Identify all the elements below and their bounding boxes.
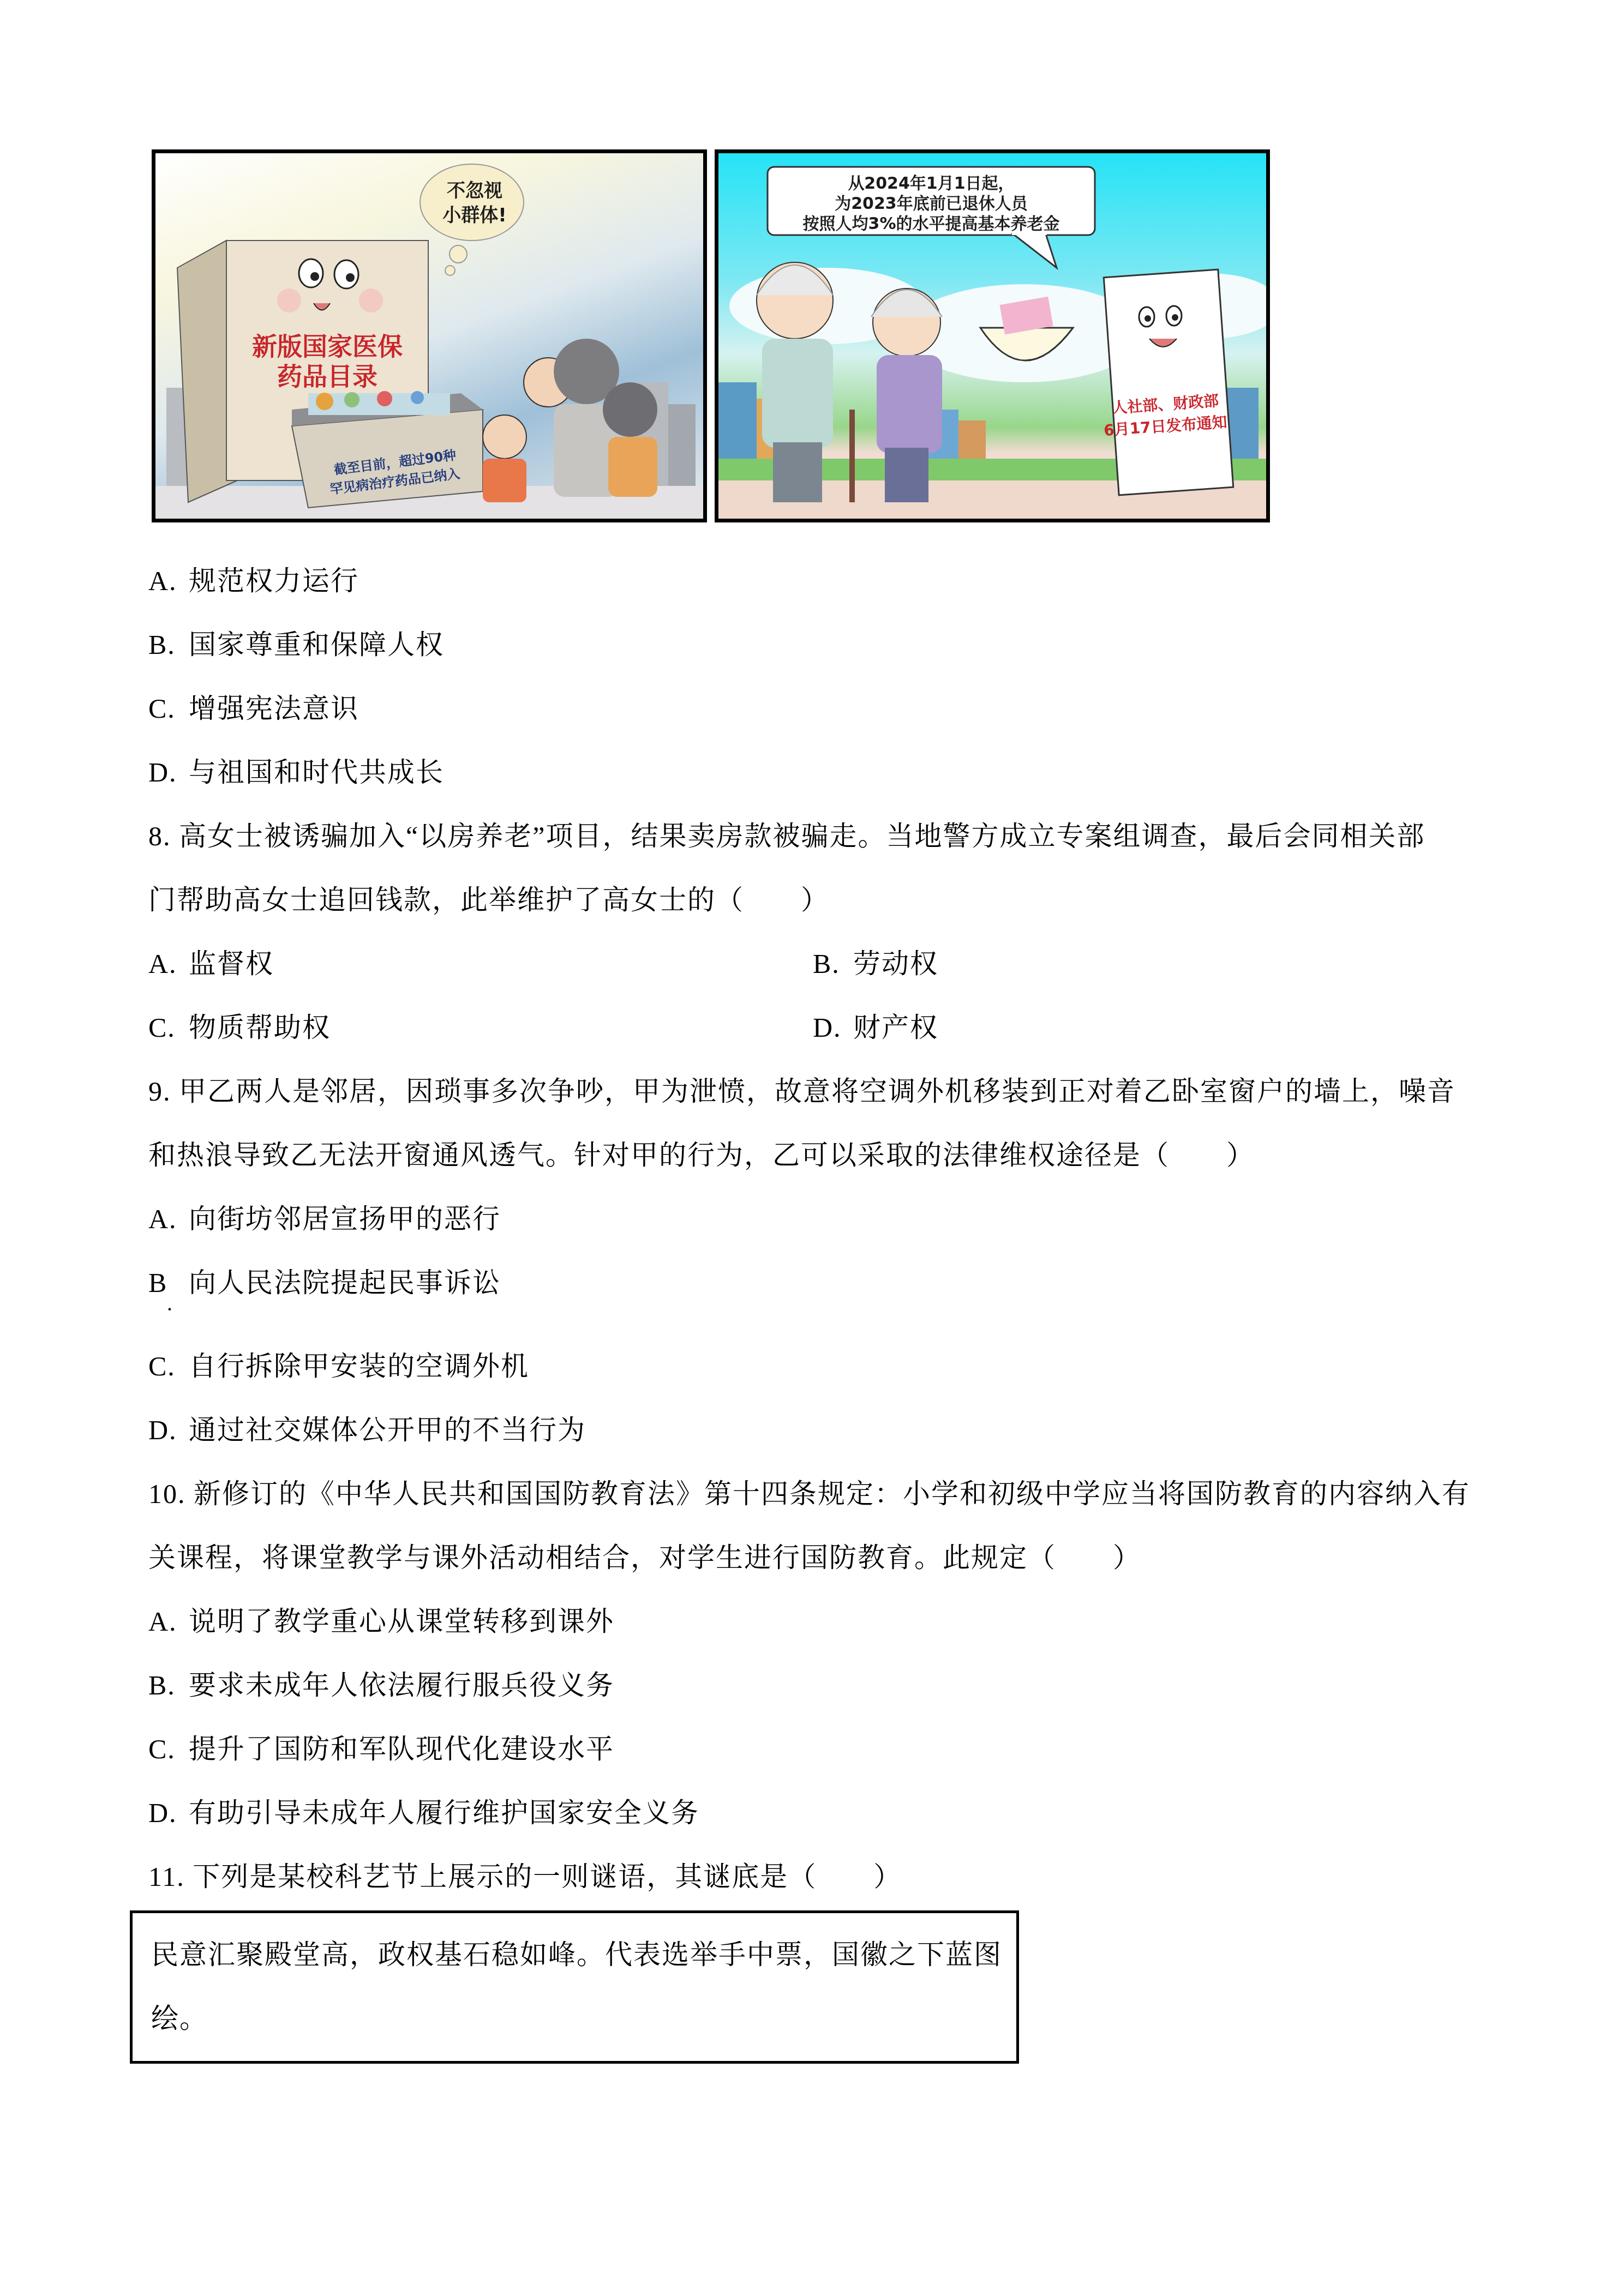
svg-text:按照人均3%的水平提高基本养老金: 按照人均3%的水平提高基本养老金	[803, 214, 1060, 233]
q9-stem-line1: 9. 甲乙两人是邻居，因琐事多次争吵，甲为泄愤，故意将空调外机移装到正对着乙卧室…	[148, 1075, 1455, 1108]
option-text: 财产权	[853, 1012, 938, 1043]
option-label: D.	[813, 1011, 853, 1044]
q10-stem-line1: 10. 新修订的《中华人民共和国国防教育法》第十四条规定：小学和初级中学应当将国…	[148, 1477, 1470, 1510]
option-label: D.	[148, 1414, 189, 1446]
q8-stem-line2: 门帮助高女士追回钱款，此举维护了高女士的（ ）	[148, 883, 829, 916]
option-text: 自行拆除甲安装的空调外机	[189, 1351, 529, 1381]
riddle-line1: 民意汇聚殿堂高，政权基石稳如峰。代表选举手中票，国徽之下蓝图	[151, 1938, 1002, 1971]
q9-option-c[interactable]: C.自行拆除甲安装的空调外机	[148, 1350, 529, 1383]
q8-option-c[interactable]: C.物质帮助权	[148, 1011, 331, 1044]
option-label: A.	[148, 1605, 189, 1638]
q8-option-a[interactable]: A.监督权	[148, 947, 274, 980]
option-text: 通过社交媒体公开甲的不当行为	[189, 1415, 586, 1445]
option-text: 与祖国和时代共成长	[189, 757, 444, 788]
q7-option-a[interactable]: A.规范权力运行	[148, 564, 359, 597]
cartoon-illustration: 新版国家医保 药品目录 截至目前，超过90种 罕见病治疗药品已纳入 不忽视 小群…	[155, 153, 703, 519]
option-label: D.	[148, 756, 189, 789]
option-text: 向街坊邻居宣扬甲的恶行	[189, 1204, 501, 1234]
q11-stem: 11. 下列是某校科艺节上展示的一则谜语，其谜底是（ ）	[148, 1860, 902, 1893]
option-text: 有助引导未成年人履行维护国家安全义务	[189, 1798, 699, 1828]
cartoon-pension-increase: 从2024年1月1日起， 为2023年底前已退休人员 按照人均3%的水平提高基本…	[715, 149, 1270, 522]
option-text: 监督权	[189, 948, 274, 979]
option-label: C.	[148, 1350, 189, 1383]
cartoon-medical-insurance-catalog: 新版国家医保 药品目录 截至目前，超过90种 罕见病治疗药品已纳入 不忽视 小群…	[152, 149, 707, 522]
option-label: B.	[148, 628, 189, 661]
option-text: 国家尊重和保障人权	[189, 629, 444, 660]
option-text: 规范权力运行	[189, 566, 359, 596]
option-label: B.	[148, 1669, 189, 1702]
option-label: A.	[148, 1203, 189, 1235]
option-text: 物质帮助权	[189, 1012, 331, 1043]
option-text: 说明了教学重心从课堂转移到课外	[189, 1606, 614, 1637]
q8-option-d[interactable]: D.财产权	[813, 1011, 938, 1044]
option-text: 提升了国防和军队现代化建设水平	[189, 1734, 614, 1764]
stray-dot: .	[167, 1293, 172, 1314]
svg-text:为2023年底前已退休人员: 为2023年底前已退休人员	[835, 194, 1028, 213]
q10-option-a[interactable]: A.说明了教学重心从课堂转移到课外	[148, 1605, 614, 1638]
option-text: 劳动权	[853, 948, 938, 979]
q10-option-c[interactable]: C.提升了国防和军队现代化建设水平	[148, 1733, 614, 1765]
cartoon-illustration: 从2024年1月1日起， 为2023年底前已退休人员 按照人均3%的水平提高基本…	[718, 153, 1266, 519]
option-label: C.	[148, 1011, 189, 1044]
option-label: A.	[148, 564, 189, 597]
q9-option-d[interactable]: D.通过社交媒体公开甲的不当行为	[148, 1414, 586, 1446]
svg-text:从2024年1月1日起，: 从2024年1月1日起，	[848, 174, 1014, 193]
q7-option-c[interactable]: C.增强宪法意识	[148, 692, 359, 725]
q10-stem-line2: 关课程，将课堂教学与课外活动相结合，对学生进行国防教育。此规定（ ）	[148, 1541, 1141, 1574]
option-text: 向人民法院提起民事诉讼	[189, 1267, 501, 1298]
riddle-line2: 绘。	[151, 2002, 208, 2035]
option-label: D.	[148, 1796, 189, 1829]
q7-option-d[interactable]: D.与祖国和时代共成长	[148, 756, 444, 789]
q8-option-b[interactable]: B.劳动权	[813, 947, 938, 980]
option-text: 要求未成年人依法履行服兵役义务	[189, 1670, 614, 1700]
svg-text:药品目录: 药品目录	[277, 362, 377, 391]
riddle-box: 民意汇聚殿堂高，政权基石稳如峰。代表选举手中票，国徽之下蓝图 绘。	[130, 1910, 1019, 2064]
svg-text:小群体!: 小群体!	[442, 205, 507, 226]
q9-stem-line2: 和热浪导致乙无法开窗通风透气。针对甲的行为，乙可以采取的法律维权途径是（ ）	[148, 1139, 1255, 1171]
q10-option-d[interactable]: D.有助引导未成年人履行维护国家安全义务	[148, 1796, 699, 1829]
q9-option-a[interactable]: A.向街坊邻居宣扬甲的恶行	[148, 1203, 501, 1235]
option-label: C.	[148, 1733, 189, 1765]
q10-option-b[interactable]: B.要求未成年人依法履行服兵役义务	[148, 1669, 614, 1702]
svg-text:不忽视: 不忽视	[447, 180, 502, 202]
svg-text:新版国家医保: 新版国家医保	[252, 332, 403, 361]
option-label: A.	[148, 947, 189, 980]
option-label: B.	[813, 947, 853, 980]
option-text: 增强宪法意识	[189, 693, 359, 724]
q7-option-b[interactable]: B.国家尊重和保障人权	[148, 628, 444, 661]
q8-stem-line1: 8. 高女士被诱骗加入“以房养老”项目，结果卖房款被骗走。当地警方成立专案组调查…	[148, 820, 1425, 852]
q9-option-b[interactable]: B向人民法院提起民事诉讼	[148, 1266, 501, 1299]
option-label: C.	[148, 692, 189, 725]
